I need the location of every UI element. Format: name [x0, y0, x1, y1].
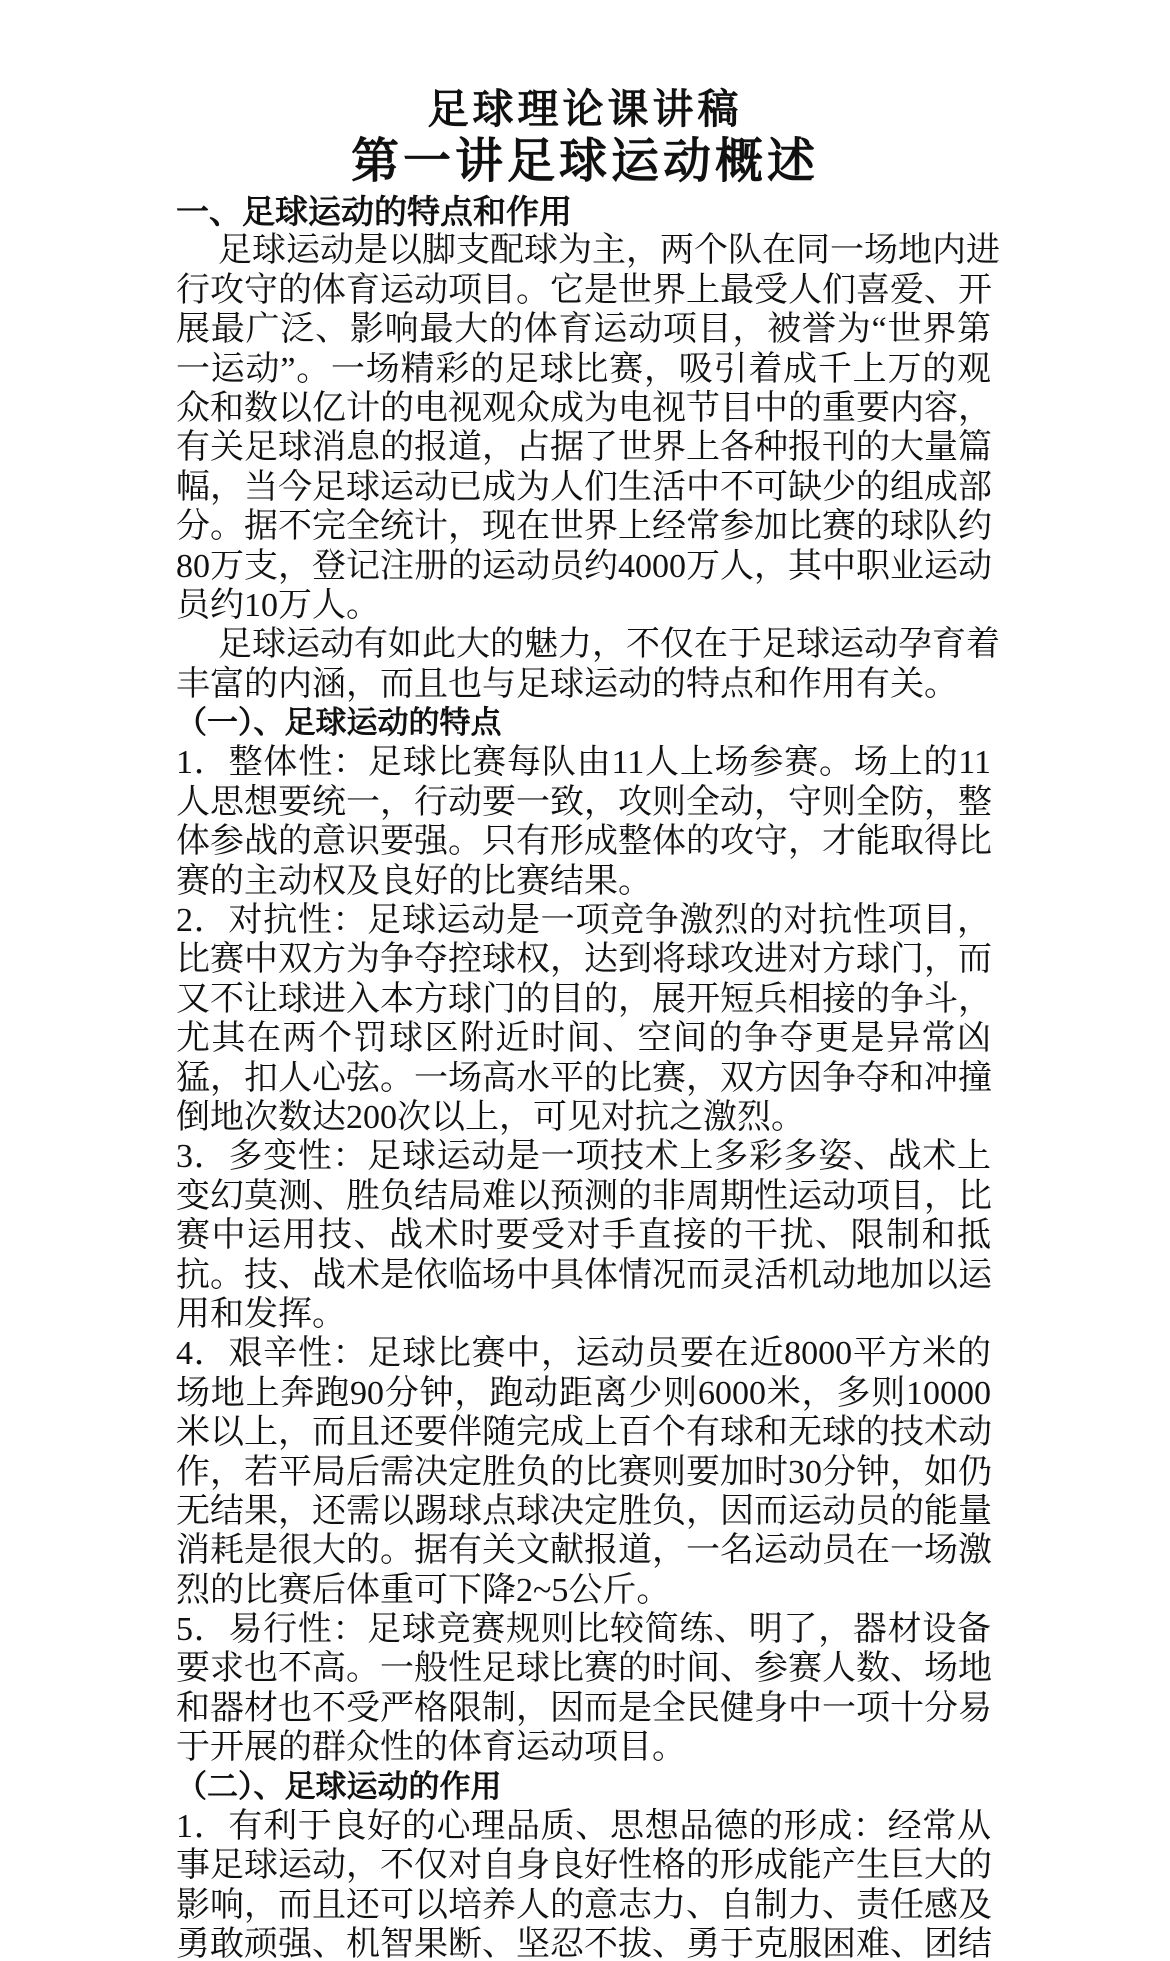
item-line: 4．艰辛性：足球比赛中，运动员要在近8000平方米的 [176, 1334, 991, 1373]
feature-item-5: 5．易行性：足球竞赛规则比较简练、明了，器材设备 要求也不高。一般性足球比赛的时… [176, 1610, 991, 1768]
document-page: 足球理论课讲稿 第一讲足球运动概述 一、足球运动的特点和作用 足球运动是以脚支配… [0, 0, 1170, 1961]
feature-item-3: 3．多变性：足球运动是一项技术上多彩多姿、战术上 变幻莫测、胜负结局难以预测的非… [176, 1137, 991, 1334]
item-line: 场地上奔跑90分钟，跑动距离少则6000米，多则10000 [176, 1374, 991, 1413]
item-line: 要求也不高。一般性足球比赛的时间、参赛人数、场地 [176, 1649, 991, 1688]
subsection-heading-features: （一）、足球运动的特点 [176, 704, 991, 743]
item-line: 2．对抗性：足球运动是一项竞争激烈的对抗性项目， [176, 901, 991, 940]
item-line: 赛中运用技、战术时要受对手直接的干扰、限制和抵 [176, 1216, 991, 1255]
function-item-1: 1．有利于良好的心理品质、思想品德的形成：经常从 事足球运动，不仅对自身良好性格… [176, 1807, 991, 1961]
item-line: 1．整体性：足球比赛每队由11人上场参赛。场上的11 [176, 743, 991, 782]
document-title: 足球理论课讲稿 [0, 86, 1170, 132]
paragraph-line: 分。据不完全统计，现在世界上经常参加比赛的球队约 [176, 507, 991, 546]
feature-item-2: 2．对抗性：足球运动是一项竞争激烈的对抗性项目， 比赛中双方为争夺控球权，达到将… [176, 901, 991, 1137]
item-line: 尤其在两个罚球区附近时间、空间的争夺更是异常凶 [176, 1019, 991, 1058]
paragraph-line: 80万支，登记注册的运动员约4000万人，其中职业运动 [176, 547, 991, 586]
paragraph-line: 展最广泛、影响最大的体育运动项目，被誉为“世界第 [176, 310, 991, 349]
item-line: 赛的主动权及良好的比赛结果。 [176, 862, 991, 901]
item-line: 抗。技、战术是依临场中具体情况而灵活机动地加以运 [176, 1256, 991, 1295]
item-line: 烈的比赛后体重可下降2~5公斤。 [176, 1571, 991, 1610]
item-line: 消耗是很大的。据有关文献报道，一名运动员在一场激 [176, 1531, 991, 1570]
paragraph-line: 足球运动有如此大的魅力，不仅在于足球运动孕育着 [176, 625, 991, 664]
paragraph-line: 有关足球消息的报道，占据了世界上各种报刊的大量篇 [176, 428, 991, 467]
item-line: 3．多变性：足球运动是一项技术上多彩多姿、战术上 [176, 1137, 991, 1176]
item-line: 无结果，还需以踢球点球决定胜负，因而运动员的能量 [176, 1492, 991, 1531]
item-line: 体参战的意识要强。只有形成整体的攻守，才能取得比 [176, 822, 991, 861]
section-heading: 一、足球运动的特点和作用 [176, 192, 991, 231]
paragraph-line: 幅，当今足球运动已成为人们生活中不可缺少的组成部 [176, 468, 991, 507]
item-line: 于开展的群众性的体育运动项目。 [176, 1728, 991, 1767]
feature-item-1: 1．整体性：足球比赛每队由11人上场参赛。场上的11 人思想要统一，行动要一致，… [176, 743, 991, 901]
feature-item-4: 4．艰辛性：足球比赛中，运动员要在近8000平方米的 场地上奔跑90分钟，跑动距… [176, 1334, 991, 1610]
paragraph-line: 行攻守的体育运动项目。它是世界上最受人们喜爱、开 [176, 271, 991, 310]
subsection-heading-functions: （二）、足球运动的作用 [176, 1768, 991, 1807]
item-line: 又不让球进入本方球门的目的，展开短兵相接的争斗， [176, 980, 991, 1019]
item-line: 影响，而且还可以培养人的意志力、自制力、责任感及 [176, 1886, 991, 1925]
item-line: 勇敢顽强、机智果断、坚忍不拔、勇于克服困难、团结 [176, 1925, 991, 1961]
document-subtitle: 第一讲足球运动概述 [0, 134, 1170, 188]
item-line: 和器材也不受严格限制，因而是全民健身中一项十分易 [176, 1689, 991, 1728]
intro-paragraph-2: 足球运动有如此大的魅力，不仅在于足球运动孕育着 丰富的内涵，而且也与足球运动的特… [176, 625, 991, 704]
paragraph-line: 员约10万人。 [176, 586, 991, 625]
item-line: 人思想要统一，行动要一致，攻则全动，守则全防，整 [176, 783, 991, 822]
paragraph-line: 众和数以亿计的电视观众成为电视节目中的重要内容， [176, 389, 991, 428]
item-line: 米以上，而且还要伴随完成上百个有球和无球的技术动 [176, 1413, 991, 1452]
item-line: 变幻莫测、胜负结局难以预测的非周期性运动项目，比 [176, 1177, 991, 1216]
item-line: 5．易行性：足球竞赛规则比较简练、明了，器材设备 [176, 1610, 991, 1649]
intro-paragraph-1: 足球运动是以脚支配球为主，两个队在同一场地内进 行攻守的体育运动项目。它是世界上… [176, 231, 991, 625]
item-line: 倒地次数达200次以上，可见对抗之激烈。 [176, 1098, 991, 1137]
paragraph-line: 丰富的内涵，而且也与足球运动的特点和作用有关。 [176, 665, 991, 704]
item-line: 猛，扣人心弦。一场高水平的比赛，双方因争夺和冲撞 [176, 1059, 991, 1098]
document-body: 一、足球运动的特点和作用 足球运动是以脚支配球为主，两个队在同一场地内进 行攻守… [176, 192, 991, 1961]
item-line: 作，若平局后需决定胜负的比赛则要加时30分钟，如仍 [176, 1453, 991, 1492]
paragraph-line: 足球运动是以脚支配球为主，两个队在同一场地内进 [176, 231, 991, 270]
item-line: 1．有利于良好的心理品质、思想品德的形成：经常从 [176, 1807, 991, 1846]
item-line: 事足球运动，不仅对自身良好性格的形成能产生巨大的 [176, 1846, 991, 1885]
paragraph-line: 一运动”。一场精彩的足球比赛，吸引着成千上万的观 [176, 350, 991, 389]
item-line: 比赛中双方为争夺控球权，达到将球攻进对方球门，而 [176, 940, 991, 979]
item-line: 用和发挥。 [176, 1295, 991, 1334]
